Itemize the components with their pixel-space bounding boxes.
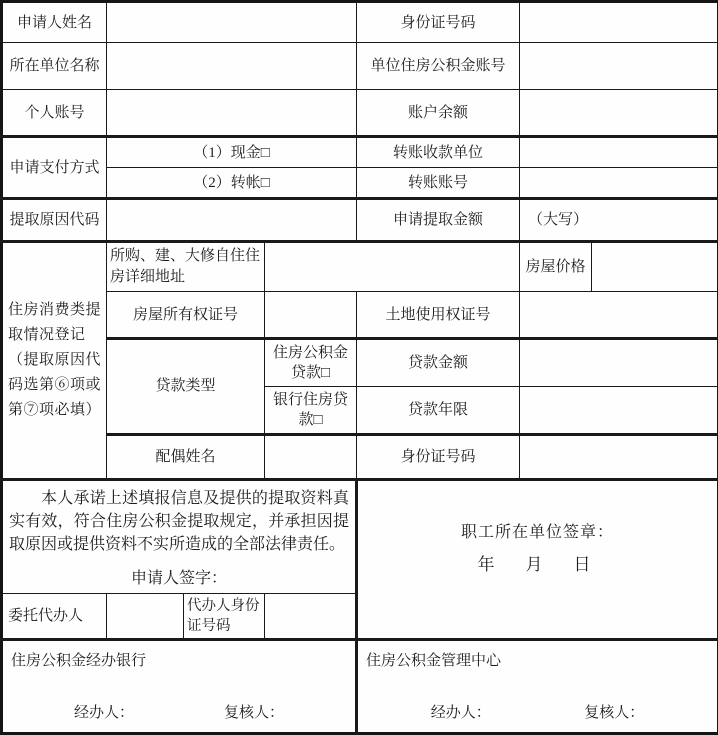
field-agent-name[interactable] xyxy=(107,593,184,639)
fund-bank-label: 住房公积金经办银行 xyxy=(11,651,347,671)
field-spouse-name[interactable] xyxy=(265,434,357,479)
center-handler-label[interactable]: 经办人： xyxy=(431,703,491,723)
field-agent-id[interactable] xyxy=(265,593,357,639)
unit-seal-cell[interactable]: 职工所在单位签章： 年 月 日 xyxy=(357,479,718,639)
field-applicant-name[interactable] xyxy=(107,2,357,43)
label-loan-type: 贷款类型 xyxy=(107,339,265,434)
label-land-cert: 土地使用权证号 xyxy=(357,292,520,339)
label-transfer-payee: 转账收款单位 xyxy=(357,137,520,168)
withdrawal-form-sheet: 申请人姓名 身份证号码 所在单位名称 单位住房公积金账号 个人账号 账户余额 申… xyxy=(0,0,718,735)
field-ownership-cert[interactable] xyxy=(265,292,357,339)
label-personal-account: 个人账号 xyxy=(2,90,107,137)
payment-option-cash[interactable]: （1）现金□ xyxy=(107,137,357,168)
commitment-text: 本人承诺上述填报信息及提供的提取资料真实有效，符合住房公积金提取规定，并承担因提… xyxy=(9,487,349,556)
option-bank-loan[interactable]: 银行住房贷款□ xyxy=(265,387,357,434)
label-payment-method: 申请支付方式 xyxy=(2,137,107,199)
applicant-signature-label[interactable]: 申请人签字： xyxy=(9,569,349,589)
field-withdraw-reason-code[interactable] xyxy=(107,199,357,242)
bank-loan-label: 银行住房贷款 xyxy=(273,392,348,428)
label-withdraw-reason-code: 提取原因代码 xyxy=(2,199,107,242)
fund-center-label: 住房公积金管理中心 xyxy=(366,651,709,671)
payment-option-transfer[interactable]: （2）转帐□ xyxy=(107,168,357,199)
fund-loan-checkbox[interactable]: □ xyxy=(321,365,330,381)
field-personal-account[interactable] xyxy=(107,90,357,137)
field-house-price[interactable] xyxy=(592,242,718,292)
label-house-address: 所购、建、大修自住住房详细地址 xyxy=(107,242,265,292)
field-house-address[interactable] xyxy=(265,242,520,292)
bank-handler-label[interactable]: 经办人： xyxy=(74,703,134,723)
field-unit-name[interactable] xyxy=(107,43,357,90)
label-account-balance: 账户余额 xyxy=(357,90,520,137)
label-withdraw-amount: 申请提取金额 xyxy=(357,199,520,242)
field-transfer-account[interactable] xyxy=(520,168,718,199)
cash-option-label: （1）现金 xyxy=(193,145,261,161)
housing-section-label: 住房消费类提取情况登记（提取原因代码选第⑥项或第⑦项必填） xyxy=(2,242,107,479)
bank-reviewer-label[interactable]: 复核人： xyxy=(224,703,284,723)
field-spouse-id[interactable] xyxy=(520,434,718,479)
field-withdraw-amount[interactable]: （大写） xyxy=(520,199,718,242)
center-reviewer-label[interactable]: 复核人： xyxy=(584,703,644,723)
label-ownership-cert: 房屋所有权证号 xyxy=(107,292,265,339)
label-agent: 委托代办人 xyxy=(2,593,107,639)
label-spouse-id: 身份证号码 xyxy=(357,434,520,479)
label-house-price: 房屋价格 xyxy=(520,242,592,292)
label-agent-id: 代办人身份证号码 xyxy=(184,593,265,639)
label-unit-fund-account: 单位住房公积金账号 xyxy=(357,43,520,90)
field-land-cert[interactable] xyxy=(520,292,718,339)
field-transfer-payee[interactable] xyxy=(520,137,718,168)
unit-seal-label: 职工所在单位签章： xyxy=(361,523,714,543)
label-id-number: 身份证号码 xyxy=(357,2,520,43)
label-applicant-name: 申请人姓名 xyxy=(2,2,107,43)
label-transfer-account: 转账账号 xyxy=(357,168,520,199)
label-loan-amount: 贷款金额 xyxy=(357,339,520,387)
cash-checkbox[interactable]: □ xyxy=(261,145,270,161)
label-unit-name: 所在单位名称 xyxy=(2,43,107,90)
seal-date-line: 年 月 日 xyxy=(361,555,714,575)
transfer-checkbox[interactable]: □ xyxy=(261,175,270,191)
bank-loan-checkbox[interactable]: □ xyxy=(313,412,322,428)
field-account-balance[interactable] xyxy=(520,90,718,137)
fund-bank-cell: 住房公积金经办银行 经办人： 复核人： xyxy=(2,639,357,733)
label-loan-term: 贷款年限 xyxy=(357,387,520,434)
fund-center-cell: 住房公积金管理中心 经办人： 复核人： xyxy=(357,639,718,733)
form-table: 申请人姓名 身份证号码 所在单位名称 单位住房公积金账号 个人账号 账户余额 申… xyxy=(0,0,718,735)
label-spouse-name: 配偶姓名 xyxy=(107,434,265,479)
field-id-number[interactable] xyxy=(520,2,718,43)
amount-caps-label: （大写） xyxy=(528,212,588,228)
field-loan-term[interactable] xyxy=(520,387,718,434)
option-fund-loan[interactable]: 住房公积金贷款□ xyxy=(265,339,357,387)
transfer-option-label: （2）转帐 xyxy=(193,175,261,191)
commitment-cell: 本人承诺上述填报信息及提供的提取资料真实有效，符合住房公积金提取规定，并承担因提… xyxy=(2,479,357,593)
field-unit-fund-account[interactable] xyxy=(520,43,718,90)
field-loan-amount[interactable] xyxy=(520,339,718,387)
fund-loan-label: 住房公积金贷款 xyxy=(273,345,348,381)
